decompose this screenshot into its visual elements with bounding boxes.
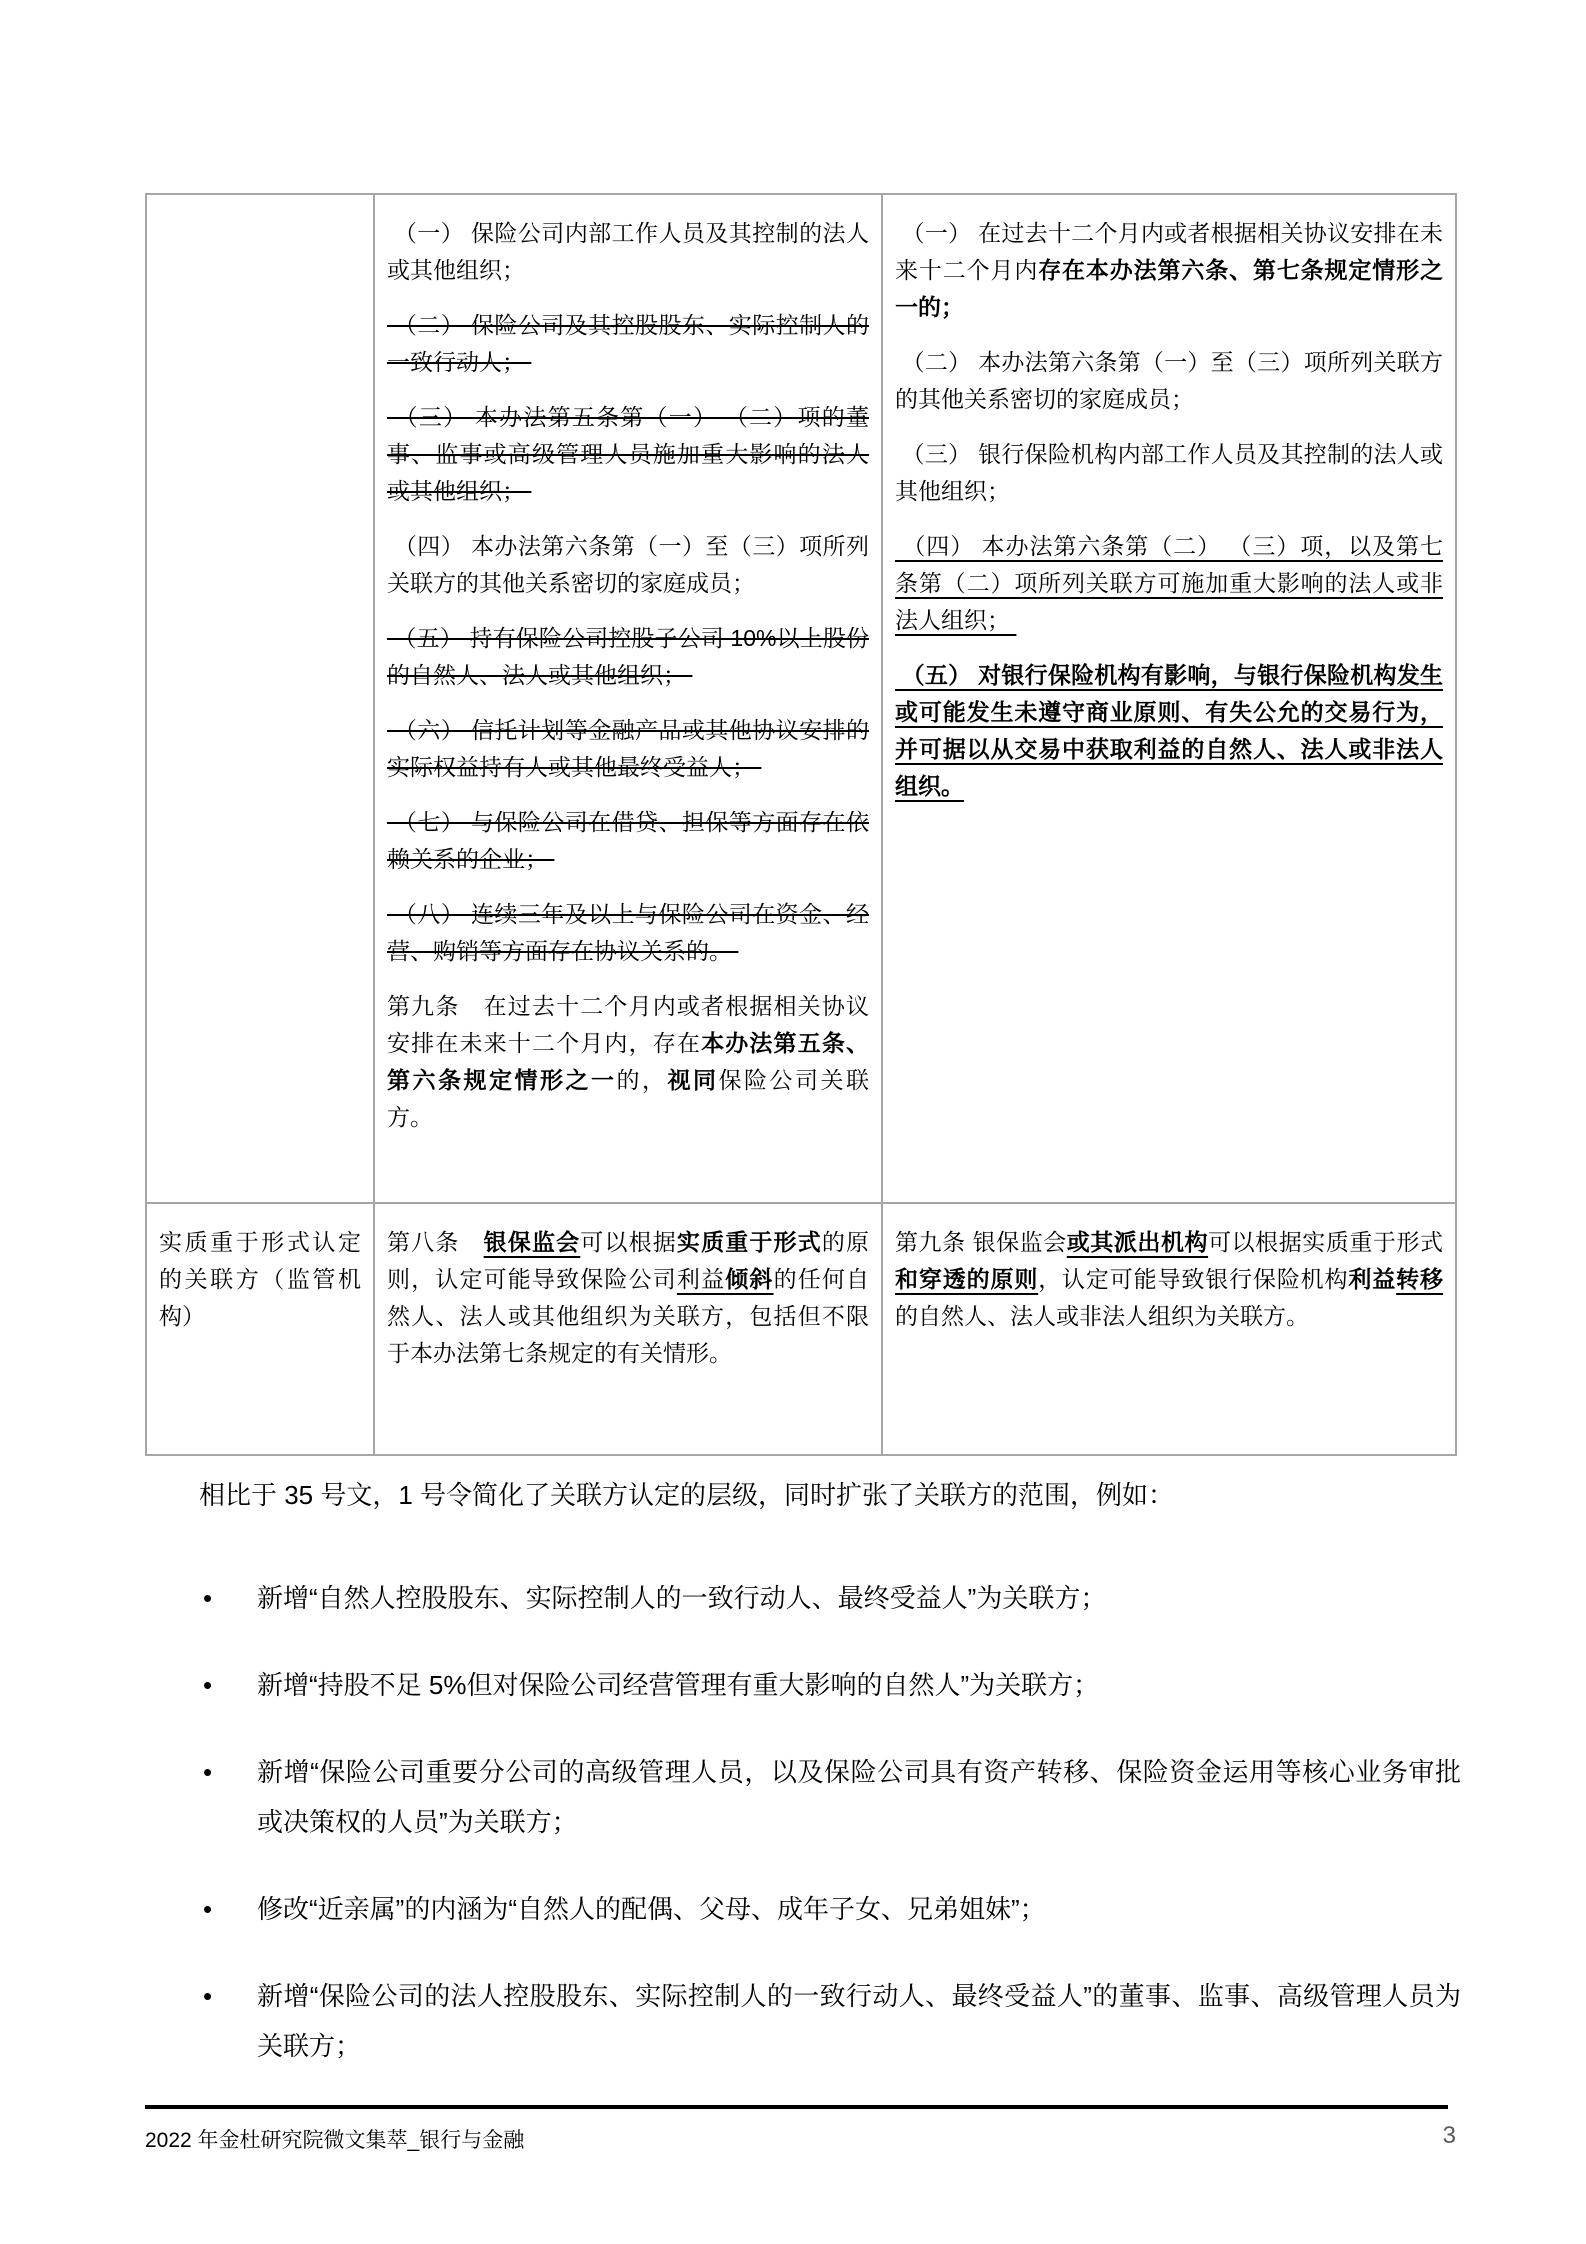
text-run: （一） 保险公司内部工作人员及其控制的法人或其他组织；	[387, 220, 869, 283]
list-item: 修改“近亲属”的内涵为“自然人的配偶、父母、成年子女、兄弟姐妹”；	[199, 1884, 1461, 1934]
intro-paragraph: 相比于 35 号文，1 号令简化了关联方认定的层级，同时扩张了关联方的范围，例如…	[199, 1476, 1461, 1514]
body-content: 相比于 35 号文，1 号令简化了关联方认定的层级，同时扩张了关联方的范围，例如…	[199, 1476, 1461, 2108]
table-row: 实质重于形式认定的关联方（监管机构） 第八条 银保监会可以根据实质重于形式的原则…	[146, 1203, 1456, 1455]
cell-paragraph: （四） 本办法第六条第（二） （三）项，以及第七条第（二）项所列关联方可施加重大…	[895, 528, 1443, 639]
list-item: 新增“自然人控股股东、实际控制人的一致行动人、最终受益人”为关联方；	[199, 1573, 1461, 1623]
cell-1-substance: 第九条 银保监会或其派出机构可以根据实质重于形式和穿透的原则，认定可能导致银行保…	[882, 1203, 1456, 1455]
text-run: （五） 持有保险公司控股子公司 10%以上股份的自然人、法人或其他组织；	[387, 625, 869, 688]
text-run: （二） 保险公司及其控股股东、实际控制人的一致行动人；	[387, 312, 869, 375]
text-run: 第八条	[387, 1229, 484, 1255]
cell-paragraph: 第九条 银保监会或其派出机构可以根据实质重于形式和穿透的原则，认定可能导致银行保…	[895, 1224, 1443, 1335]
cell-paragraph: （三） 银行保险机构内部工作人员及其控制的法人或其他组织；	[895, 436, 1443, 510]
page-number: 3	[1392, 2122, 1456, 2150]
text-run: 第九条 银保监会	[895, 1229, 1067, 1255]
text-run: （六） 信托计划等金融产品或其他协议安排的实际权益持有人或其他最终受益人；	[387, 717, 869, 780]
list-item: 新增“持股不足 5%但对保险公司经营管理有重大影响的自然人”为关联方；	[199, 1660, 1461, 1710]
cell-paragraph: （六） 信托计划等金融产品或其他协议安排的实际权益持有人或其他最终受益人；	[387, 712, 869, 786]
text-run: 的自然人、法人或非法人组织为关联方。	[895, 1303, 1309, 1329]
text-run: 和穿透的原则	[895, 1266, 1038, 1292]
row-label-cell: 实质重于形式认定的关联方（监管机构）	[146, 1203, 374, 1455]
comparison-table-body: （一） 保险公司内部工作人员及其控制的法人或其他组织； （二） 保险公司及其控股…	[146, 194, 1456, 1455]
cell-paragraph: 第九条 在过去十二个月内或者根据相关协议安排在未来十二个月内，存在本办法第五条、…	[387, 988, 869, 1136]
text-run: （二） 本办法第六条第（一）至（三）项所列关联方的其他关系密切的家庭成员；	[895, 349, 1443, 412]
cell-1-provisions: （一） 在过去十二个月内或者根据相关协议安排在未来十二个月内存在本办法第六条、第…	[882, 194, 1456, 1203]
cell-paragraph: （二） 本办法第六条第（一）至（三）项所列关联方的其他关系密切的家庭成员；	[895, 344, 1443, 418]
text-run: （五） 对银行保险机构有影响，与银行保险机构发生或可能发生未遵守商业原则、有失公…	[895, 662, 1443, 799]
document-page: （一） 保险公司内部工作人员及其控制的法人或其他组织； （二） 保险公司及其控股…	[0, 0, 1586, 2244]
cell-paragraph: （五） 持有保险公司控股子公司 10%以上股份的自然人、法人或其他组织；	[387, 620, 869, 694]
text-run: 的，	[617, 1067, 668, 1093]
cell-paragraph: （五） 对银行保险机构有影响，与银行保险机构发生或可能发生未遵守商业原则、有失公…	[895, 657, 1443, 805]
text-run: 或其派出机构	[1067, 1229, 1208, 1255]
text-run: 转移	[1396, 1266, 1443, 1292]
cell-35-provisions: （一） 保险公司内部工作人员及其控制的法人或其他组织； （二） 保险公司及其控股…	[374, 194, 882, 1203]
list-item: 新增“保险公司重要分公司的高级管理人员，以及保险公司具有资产转移、保险资金运用等…	[199, 1747, 1461, 1847]
text-run: 视同	[668, 1067, 719, 1093]
text-run: （四） 本办法第六条第（一）至（三）项所列关联方的其他关系密切的家庭成员；	[387, 533, 869, 596]
cell-paragraph: （一） 保险公司内部工作人员及其控制的法人或其他组织；	[387, 215, 869, 289]
cell-paragraph: （二） 保险公司及其控股股东、实际控制人的一致行动人；	[387, 307, 869, 381]
text-run: ，认定可能导致银行保险机构	[1038, 1266, 1348, 1292]
cell-paragraph: （七） 与保险公司在借贷、担保等方面存在依赖关系的企业；	[387, 804, 869, 878]
text-run: 实质重于形式	[677, 1229, 822, 1255]
bullet-list: 新增“自然人控股股东、实际控制人的一致行动人、最终受益人”为关联方；新增“持股不…	[199, 1573, 1461, 2071]
text-run: 银保监会	[484, 1229, 581, 1255]
cell-paragraph: 第八条 银保监会可以根据实质重于形式的原则，认定可能导致保险公司利益倾斜的任何自…	[387, 1224, 869, 1372]
text-run: 利益	[1348, 1266, 1396, 1292]
footer-rule	[145, 2105, 1448, 2109]
comparison-table: （一） 保险公司内部工作人员及其控制的法人或其他组织； （二） 保险公司及其控股…	[145, 193, 1457, 1456]
row-label-cell	[146, 194, 374, 1203]
cell-paragraph: （一） 在过去十二个月内或者根据相关协议安排在未来十二个月内存在本办法第六条、第…	[895, 215, 1443, 326]
list-item: 新增“保险公司的法人控股股东、实际控制人的一致行动人、最终受益人”的董事、监事、…	[199, 1971, 1461, 2071]
text-run: （八） 连续三年及以上与保险公司在资金、经营、购销等方面存在协议关系的。	[387, 901, 869, 964]
cell-paragraph: （三） 本办法第五条第（一） （二）项的董事、监事或高级管理人员施加重大影响的法…	[387, 399, 869, 510]
text-run: （四） 本办法第六条第（二） （三）项，以及第七条第（二）项所列关联方可施加重大…	[895, 533, 1443, 633]
text-run: （三） 本办法第五条第（一） （二）项的董事、监事或高级管理人员施加重大影响的法…	[387, 404, 869, 504]
text-run: 可以根据	[580, 1229, 677, 1255]
footer-title: 2022 年金杜研究院微文集萃_银行与金融	[145, 2124, 524, 2154]
text-run: （七） 与保险公司在借贷、担保等方面存在依赖关系的企业；	[387, 809, 869, 872]
table-row: （一） 保险公司内部工作人员及其控制的法人或其他组织； （二） 保险公司及其控股…	[146, 194, 1456, 1203]
cell-paragraph: （八） 连续三年及以上与保险公司在资金、经营、购销等方面存在协议关系的。	[387, 896, 869, 970]
text-run: 可以根据实质重于形式	[1208, 1229, 1443, 1255]
cell-35-substance: 第八条 银保监会可以根据实质重于形式的原则，认定可能导致保险公司利益倾斜的任何自…	[374, 1203, 882, 1455]
cell-paragraph: （四） 本办法第六条第（一）至（三）项所列关联方的其他关系密切的家庭成员；	[387, 528, 869, 602]
text-run: 利益	[677, 1266, 725, 1292]
text-run: （三） 银行保险机构内部工作人员及其控制的法人或其他组织；	[895, 441, 1443, 504]
text-run: 倾斜	[725, 1266, 773, 1292]
